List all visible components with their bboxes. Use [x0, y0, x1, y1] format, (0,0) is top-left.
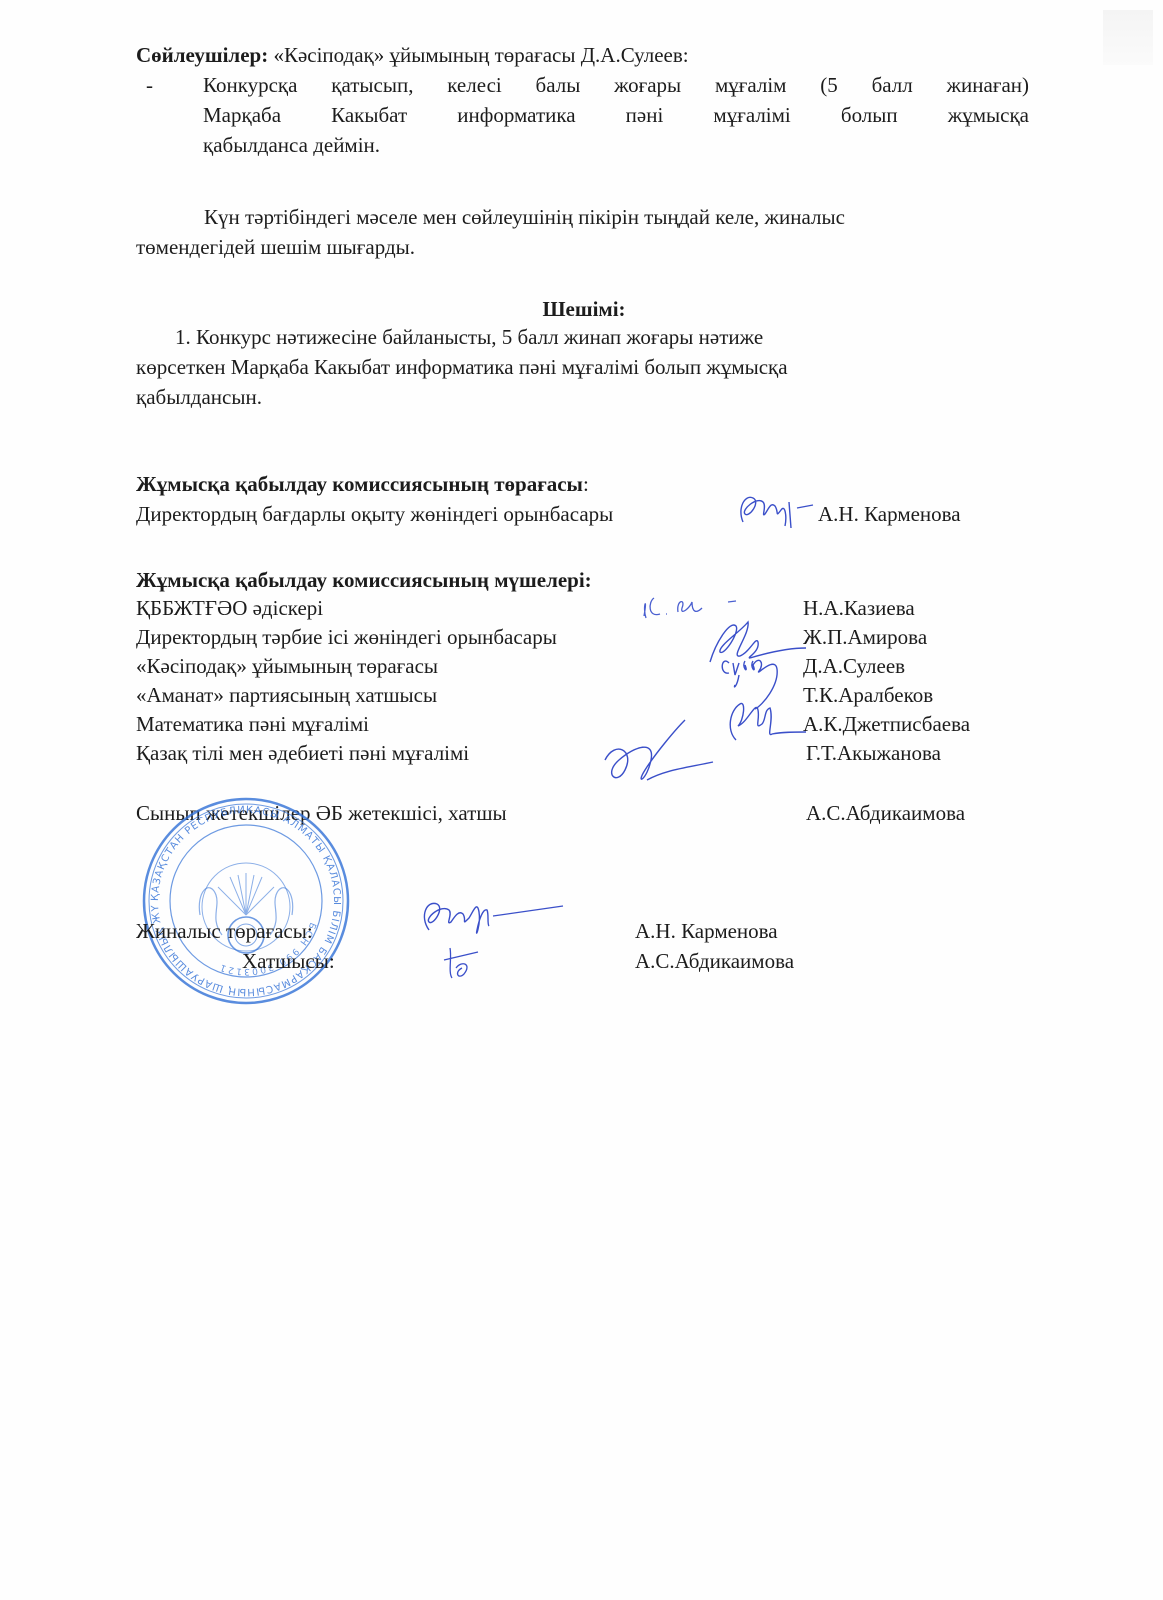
member-position: Қазақ тілі мен әдебиеті пәні мұғалімі — [136, 738, 469, 768]
chair-heading: Жұмысқа қабылдау комиссиясының төрағасы: — [136, 469, 589, 499]
member-position: Директордың тәрбие ісі жөніндегі орынбас… — [136, 622, 557, 652]
member-position: Математика пәні мұғалімі — [136, 709, 369, 739]
member-signature-icon — [595, 700, 715, 790]
secretary-name: А.С.Абдикаимова — [806, 798, 965, 828]
chair-heading-colon: : — [583, 472, 589, 496]
member-signature-icon — [700, 690, 810, 750]
statement-line: қабылданса деймін. — [203, 130, 1029, 160]
scanned-document-page: Сөйлеушілер: «Кәсіподақ» ұйымының төраға… — [0, 0, 1163, 1600]
meeting-chair-name: А.Н. Карменова — [635, 916, 778, 946]
member-name: Д.А.Сулеев — [803, 651, 905, 681]
agenda-line-1: Күн тәртібіндегі мәселе мен сөйлеушінің … — [204, 202, 845, 232]
speakers-label: Сөйлеушілер: — [136, 43, 268, 67]
member-name: Г.Т.Акыжанова — [806, 738, 941, 768]
chair-name: А.Н. Карменова — [818, 499, 961, 529]
speaker-statement: Конкурсқа қатысып, келесі балы жоғары мұ… — [203, 70, 1029, 160]
member-position: «Аманат» партиясының хатшысы — [136, 680, 437, 710]
meeting-chair-signature-icon — [415, 890, 595, 945]
decision-line-2: көрсеткен Марқаба Какыбат информатика пә… — [136, 352, 788, 382]
chair-heading-text: Жұмысқа қабылдау комиссиясының төрағасы — [136, 472, 583, 496]
chair-position: Директордың бағдарлы оқыту жөніндегі оры… — [136, 499, 613, 529]
speakers-line: Сөйлеушілер: «Кәсіподақ» ұйымының төраға… — [136, 40, 689, 70]
meeting-secretary-label: Хатшысы: — [242, 946, 335, 976]
member-name: А.К.Джетписбаева — [803, 709, 970, 739]
speakers-text: «Кәсіподақ» ұйымының төрағасы Д.А.Сулеев… — [268, 43, 688, 67]
meeting-secretary-name: А.С.Абдикаимова — [635, 946, 794, 976]
decision-line-3: қабылдансын. — [136, 382, 262, 412]
scan-artifact — [1103, 10, 1153, 65]
decision-line-1: 1. Конкурс нәтижесіне байланысты, 5 балл… — [175, 322, 763, 352]
member-position: ҚББЖТҒӘО әдіскері — [136, 593, 323, 623]
meeting-secretary-signature-icon — [438, 938, 498, 983]
chair-signature-icon — [735, 488, 815, 533]
agenda-line-2: төмендегідей шешім шығарды. — [136, 232, 415, 262]
decision-title: Шешімі: — [136, 294, 1032, 324]
statement-line: Конкурсқа қатысып, келесі балы жоғары мұ… — [203, 70, 1029, 100]
meeting-chair-label: Жиналыс төрағасы: — [136, 916, 313, 946]
members-heading: Жұмысқа қабылдау комиссиясының мүшелері: — [136, 565, 592, 595]
member-name: Т.К.Аралбеков — [803, 680, 933, 710]
member-name: Н.А.Казиева — [803, 593, 915, 623]
member-name: Ж.П.Амирова — [803, 622, 927, 652]
statement-line: Марқаба Какыбат информатика пәні мұғалім… — [203, 100, 1029, 130]
bullet-dash: - — [146, 70, 153, 100]
member-position: «Кәсіподақ» ұйымының төрағасы — [136, 651, 438, 681]
